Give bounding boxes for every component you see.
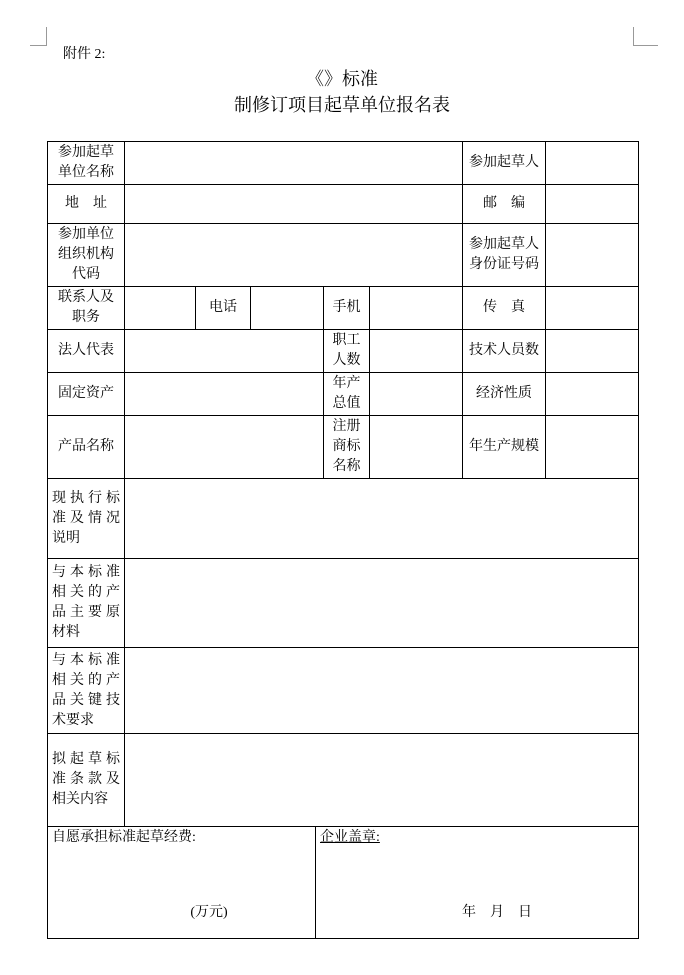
row-fixed-assets: 固定资产 年产总值 经济性质 — [48, 373, 639, 416]
label-legal-rep: 法人代表 — [48, 330, 125, 373]
label-id-number: 参加起草人身份证号码 — [463, 224, 546, 287]
field-unit-name — [125, 142, 463, 185]
field-fixed-assets — [125, 373, 324, 416]
label-fax: 传 真 — [463, 287, 546, 330]
row-org-code: 参加单位组织机构代码 参加起草人身份证号码 — [48, 224, 639, 287]
row-current-standard: 现执行标准及情况说明 — [48, 479, 639, 559]
margin-corner-mark-top-right — [633, 27, 658, 46]
label-contact: 联系人及职务 — [48, 287, 125, 330]
field-production-scale — [546, 416, 639, 479]
label-phone: 电话 — [196, 287, 251, 330]
field-drafter — [546, 142, 639, 185]
field-org-code — [125, 224, 463, 287]
row-unit-name: 参加起草单位名称 参加起草人 — [48, 142, 639, 185]
row-footer: 自愿承担标准起草经费: (万元) 企业盖章: 年 月 日 — [48, 827, 639, 939]
field-economic-type — [546, 373, 639, 416]
row-draft-clauses: 拟起草标准条款及相关内容 — [48, 734, 639, 827]
label-draft-clauses: 拟起草标准条款及相关内容 — [48, 734, 125, 827]
field-current-standard — [125, 479, 639, 559]
field-legal-rep — [125, 330, 324, 373]
margin-corner-mark-top-left — [30, 27, 47, 46]
field-staff-count — [370, 330, 463, 373]
label-trademark: 注册商标名称 — [324, 416, 370, 479]
funding-unit-label: (万元) — [48, 903, 315, 923]
field-product-name — [125, 416, 324, 479]
funding-label: 自愿承担标准起草经费: — [52, 830, 196, 845]
document-title: 《》标准 制修订项目起草单位报名表 — [0, 66, 684, 118]
field-fax — [546, 287, 639, 330]
field-trademark — [370, 416, 463, 479]
field-key-tech — [125, 648, 639, 734]
label-fixed-assets: 固定资产 — [48, 373, 125, 416]
label-current-standard: 现执行标准及情况说明 — [48, 479, 125, 559]
field-mobile — [370, 287, 463, 330]
field-tech-count — [546, 330, 639, 373]
field-postcode — [546, 185, 639, 224]
label-mobile: 手机 — [324, 287, 370, 330]
field-phone — [251, 287, 324, 330]
document-page: 附件 2: 《》标准 制修订项目起草单位报名表 参加起草单位名称 参加起草人 地… — [0, 0, 684, 975]
title-line-1: 《》标准 — [0, 66, 684, 92]
field-id-number — [546, 224, 639, 287]
label-drafter: 参加起草人 — [463, 142, 546, 185]
label-unit-name: 参加起草单位名称 — [48, 142, 125, 185]
label-raw-materials: 与本标准相关的产品主要原材料 — [48, 559, 125, 648]
label-org-code: 参加单位组织机构代码 — [48, 224, 125, 287]
label-production-scale: 年生产规模 — [463, 416, 546, 479]
seal-label: 企业盖章: — [320, 830, 380, 845]
label-staff-count: 职工人数 — [324, 330, 370, 373]
row-legal-rep: 法人代表 职工人数 技术人员数 — [48, 330, 639, 373]
row-raw-materials: 与本标准相关的产品主要原材料 — [48, 559, 639, 648]
field-raw-materials — [125, 559, 639, 648]
row-contact: 联系人及职务 电话 手机 传 真 — [48, 287, 639, 330]
label-postcode: 邮 编 — [463, 185, 546, 224]
attachment-label: 附件 2: — [63, 46, 105, 64]
field-draft-clauses — [125, 734, 639, 827]
title-line-2: 制修订项目起草单位报名表 — [0, 92, 684, 118]
label-address: 地 址 — [48, 185, 125, 224]
field-annual-output — [370, 373, 463, 416]
row-product-name: 产品名称 注册商标名称 年生产规模 — [48, 416, 639, 479]
label-product-name: 产品名称 — [48, 416, 125, 479]
row-key-tech: 与本标准相关的产品关键技术要求 — [48, 648, 639, 734]
registration-form-table: 参加起草单位名称 参加起草人 地 址 邮 编 参加单位组织机构代码 参加起草人身… — [47, 141, 639, 939]
field-contact — [125, 287, 196, 330]
label-economic-type: 经济性质 — [463, 373, 546, 416]
label-key-tech: 与本标准相关的产品关键技术要求 — [48, 648, 125, 734]
label-tech-count: 技术人员数 — [463, 330, 546, 373]
date-label: 年 月 日 — [316, 903, 638, 923]
row-address: 地 址 邮 编 — [48, 185, 639, 224]
field-address — [125, 185, 463, 224]
cell-seal: 企业盖章: 年 月 日 — [316, 827, 639, 939]
cell-funding: 自愿承担标准起草经费: (万元) — [48, 827, 316, 939]
label-annual-output: 年产总值 — [324, 373, 370, 416]
